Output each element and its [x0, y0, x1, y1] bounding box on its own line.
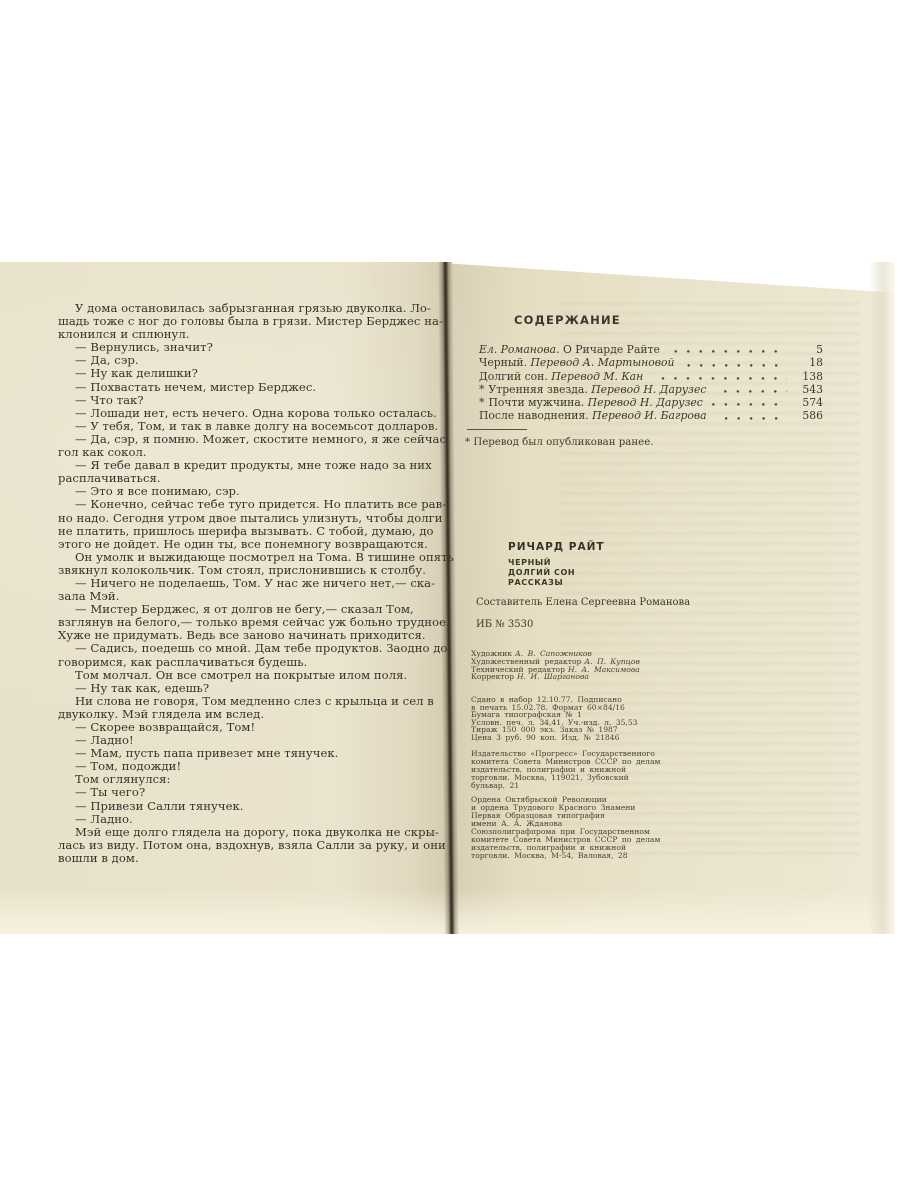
- toc-leader-dots: [669, 350, 787, 353]
- toc-page-number: 574: [793, 396, 823, 409]
- ib-number: ИБ № 3530: [476, 619, 533, 630]
- toc-title-segment: Почти мужчина.: [489, 396, 588, 409]
- text-line: Цена 3 руб. 90 коп. Изд. № 21846: [471, 734, 638, 742]
- credit-label: Корректор: [471, 672, 514, 681]
- toc-row: *Утренняя звезда. Перевод Н. Дарузес543: [479, 383, 823, 396]
- text-line: ЧЕРНЫЙ: [508, 558, 575, 568]
- toc-title-segment: Перевод Н. Дарузес: [588, 396, 703, 409]
- toc-title: Долгий сон. Перевод М. Кан: [479, 370, 643, 383]
- toc-leader-dots: [716, 417, 787, 420]
- text-line: бульвар, 21: [471, 782, 660, 790]
- toc-title-segment: Перевод Н. Дарузес: [591, 383, 706, 396]
- toc-row: *Почти мужчина. Перевод Н. Дарузес574: [479, 396, 823, 409]
- text-line: РАССКАЗЫ: [508, 578, 575, 588]
- screenshot-stage: У дома остановилась забрызганная грязью …: [0, 0, 900, 1200]
- fore-edge-highlight: [869, 262, 895, 934]
- publisher-block: Издательство «Прогресс» Государственного…: [471, 750, 660, 790]
- toc-title-segment: О Ричарде Райте: [560, 343, 660, 356]
- toc-star: *: [479, 383, 485, 396]
- toc-leader-dots: [715, 390, 787, 393]
- credit-line: КорректорН. И. Шарганова: [471, 673, 640, 681]
- credit-name: Н. И. Шарганова: [517, 672, 589, 681]
- toc-title-segment: Черный.: [479, 356, 531, 369]
- toc-title-segment: После наводнения.: [479, 409, 592, 422]
- toc-row: После наводнения. Перевод И. Багрова586: [479, 409, 823, 422]
- toc-title-segment: Перевод М. Кан: [551, 370, 643, 383]
- toc-row: Ел. Романова. О Ричарде Райте5: [479, 343, 823, 356]
- toc-leader-dots: [652, 377, 787, 380]
- book-titles: ЧЕРНЫЙДОЛГИЙ СОНРАССКАЗЫ: [508, 558, 575, 587]
- footnote: * Перевод был опубликован ранее.: [465, 437, 653, 448]
- print-data-block: Сдано в набор 12.10.77. Подписанов печат…: [471, 696, 638, 741]
- toc-page-number: 5: [793, 343, 823, 356]
- toc-title: Черный. Перевод А. Мартыновой: [479, 356, 675, 369]
- footnote-rule: [467, 429, 527, 430]
- toc-row: Черный. Перевод А. Мартыновой18: [479, 356, 823, 369]
- toc-page-number: 543: [793, 383, 823, 396]
- toc-leader-dots: [712, 403, 787, 406]
- toc-title-segment: Ел. Романова.: [479, 343, 560, 356]
- text-line: торговли. Москва, М-54, Валовая, 28: [471, 852, 660, 860]
- toc-star: *: [479, 396, 485, 409]
- compiler-line: Составитель Елена Сергеевна Романова: [476, 597, 690, 608]
- toc-title: Ел. Романова. О Ричарде Райте: [479, 343, 660, 356]
- toc-page-number: 586: [793, 409, 823, 422]
- credits-block: ХудожникА. В. СапожниковХудожественный р…: [471, 650, 640, 681]
- toc-page-number: 138: [793, 370, 823, 383]
- printing-house-block: Ордена Октябрьской Революциии ордена Тру…: [471, 796, 660, 860]
- toc-leader-dots: [684, 364, 788, 367]
- toc-heading: СОДЕРЖАНИЕ: [514, 313, 621, 327]
- text-line: ДОЛГИЙ СОН: [508, 568, 575, 578]
- toc-title: Утренняя звезда. Перевод Н. Дарузес: [489, 383, 707, 396]
- toc-title-segment: Перевод И. Багрова: [592, 409, 706, 422]
- toc-title-segment: Перевод А. Мартыновой: [531, 356, 675, 369]
- toc-title: Почти мужчина. Перевод Н. Дарузес: [489, 396, 703, 409]
- toc-row: Долгий сон. Перевод М. Кан138: [479, 370, 823, 383]
- toc-page-number: 18: [793, 356, 823, 369]
- toc-title-segment: Долгий сон.: [479, 370, 551, 383]
- book-author: РИЧАРД РАЙТ: [508, 541, 605, 553]
- book-photo: У дома остановилась забрызганная грязью …: [0, 262, 895, 934]
- toc-title-segment: Утренняя звезда.: [489, 383, 592, 396]
- toc-title: После наводнения. Перевод И. Багрова: [479, 409, 707, 422]
- toc-list: Ел. Романова. О Ричарде Райте5Черный. Пе…: [479, 343, 823, 423]
